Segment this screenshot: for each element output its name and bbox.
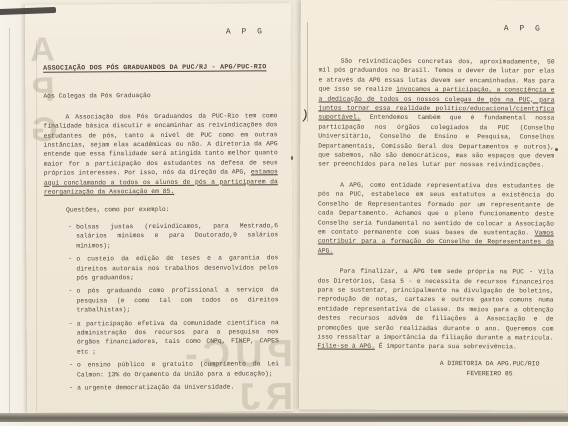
signature-date: FEVEREIRO 85 <box>426 369 553 380</box>
page-left-content: ASSOCIAÇÃO DOS PÓS GRADUANDOS DA PUC/RJ … <box>43 3 279 397</box>
list-item: a participação efetiva da comunidade cie… <box>69 318 279 357</box>
questions-intro: Questões, como por exemplo: <box>66 205 278 216</box>
page-fold-crease-center <box>307 22 308 122</box>
page-right: A P G São reivindicações concretas dos, … <box>299 0 568 411</box>
signature-line: A DIRETORIA DA APG.PUC/RIO <box>426 359 553 370</box>
salutation: Aos Colegas da Pós Graduação <box>43 91 277 102</box>
list-item: bolsas justas (reivindicamos, para Mestr… <box>68 221 278 251</box>
page-edge-crease-left <box>9 28 10 418</box>
scan-bottom-edge-shadow <box>0 413 568 422</box>
right-paragraph-2: A APG, como entidade representativa dos … <box>318 180 554 256</box>
right-paragraph-1: São reivindicações concretas dos, aproxi… <box>318 56 554 170</box>
list-item: a urgente democratização da Universidade… <box>69 382 279 393</box>
scan-speck <box>555 148 558 151</box>
page-right-header-apg: A P G <box>504 24 543 33</box>
left-paragraph-1: A Associação dos Pós Graduandos da PUC-R… <box>43 111 278 197</box>
scanned-document: APG PUC-RJ A P G ASSOCIAÇÃO DOS PÓS GRAD… <box>0 0 568 426</box>
list-item: o custeio da edição de teses e a garanti… <box>68 253 278 283</box>
page-left: APG PUC-RJ A P G ASSOCIAÇÃO DOS PÓS GRAD… <box>25 3 293 413</box>
document-title: ASSOCIAÇÃO DOS PÓS GRADUANDOS DA PUC/RJ … <box>43 63 277 74</box>
page-edge-crease-left-2 <box>36 40 37 412</box>
list-item: o ensino público e gratuito (cumprimento… <box>69 359 279 379</box>
right-paragraph-3: Para finalizar, a APG tem sede própria n… <box>317 267 553 353</box>
list-item: o pós graduando como profissional a serv… <box>68 286 278 316</box>
page-right-content: São reivindicações concretas dos, aproxi… <box>317 45 554 379</box>
demands-list: bolsas justas (reivindicamos, para Mestr… <box>68 221 279 393</box>
signature-block: A DIRETORIA DA APG.PUC/RIO FEVEREIRO 85 <box>426 359 554 380</box>
scan-speck <box>291 156 293 160</box>
